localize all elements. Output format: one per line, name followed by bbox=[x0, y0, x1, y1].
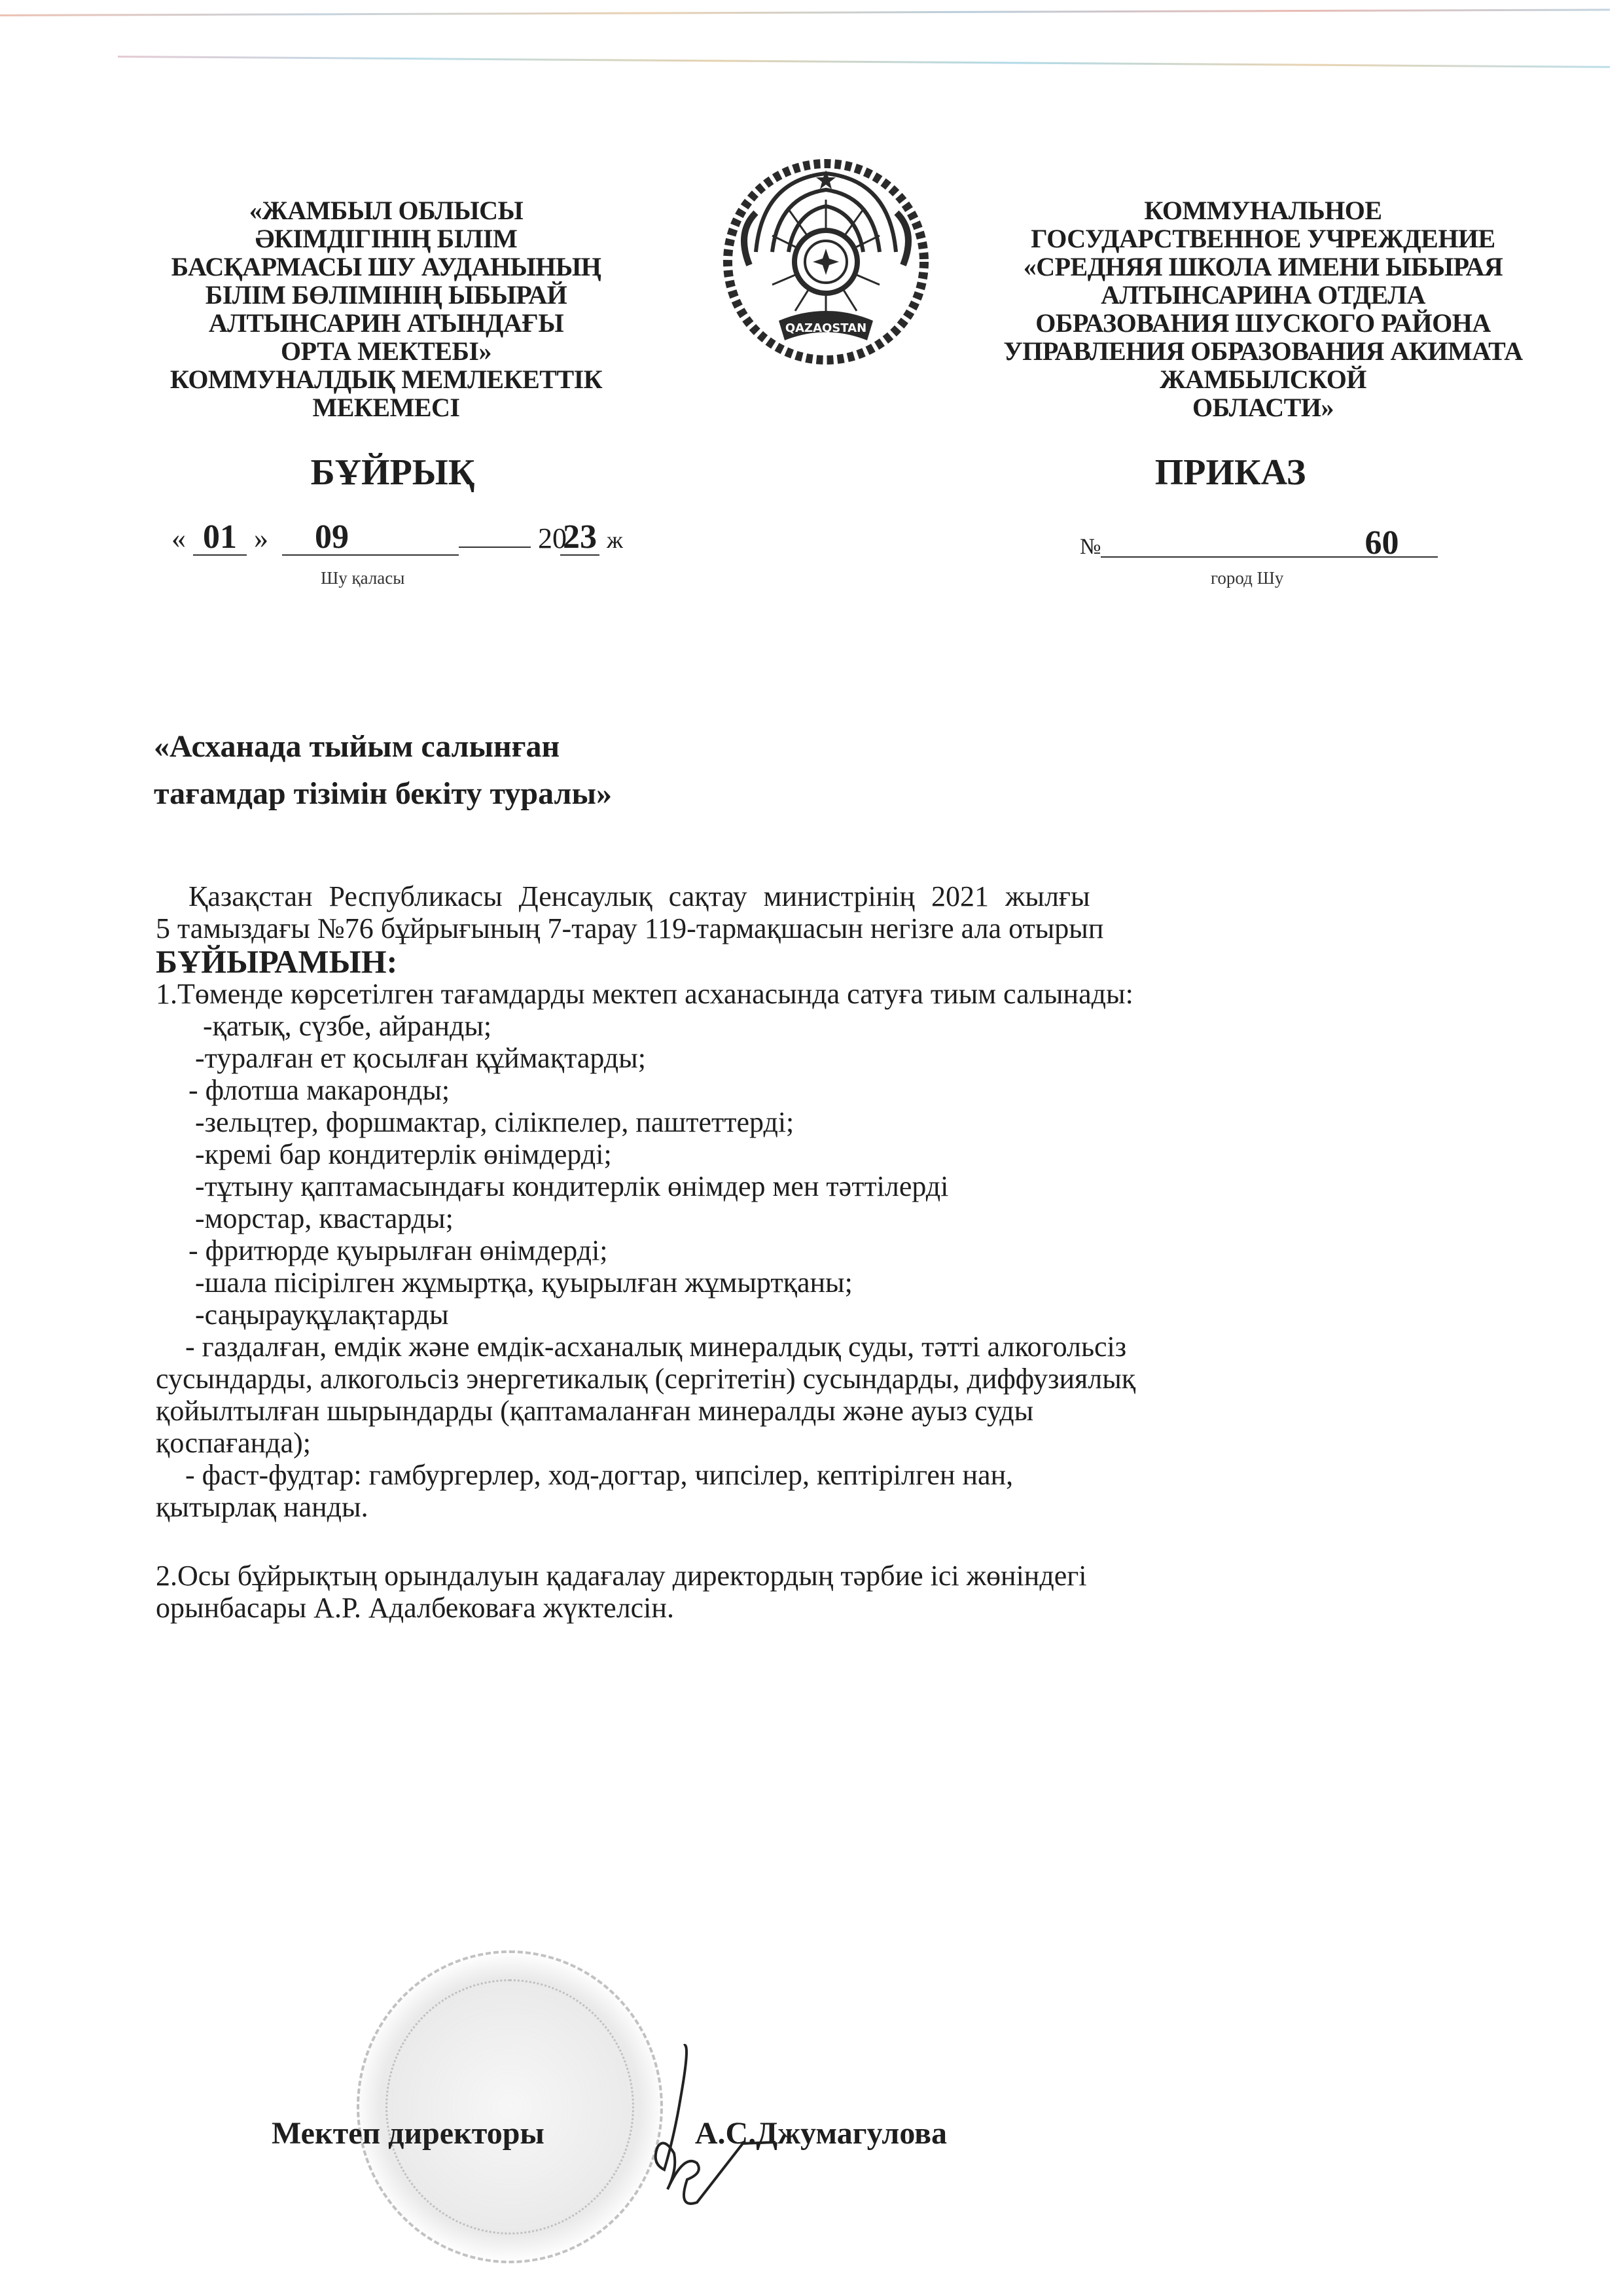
list-item-fastfood: - фаст-фудтар: гамбургерлер, ход-догтар,… bbox=[156, 1459, 1471, 1491]
number-value: 60 bbox=[1101, 530, 1438, 558]
header-ru-line: ЖАМБЫЛСКОЙ bbox=[1001, 365, 1525, 393]
subject-line: «Асханада тыйым салынған bbox=[154, 723, 612, 770]
header-kz-line: БАСҚАРМАСЫ ШУ АУДАНЫНЫҢ bbox=[151, 253, 622, 281]
header-ru-line: ГОСУДАРСТВЕННОЕ УЧРЕЖДЕНИЕ bbox=[1001, 224, 1525, 253]
scan-artifact-line bbox=[0, 9, 1610, 16]
scan-artifact-line bbox=[118, 56, 1610, 68]
list-item-drinks-cont: қоспағанда); bbox=[156, 1427, 1471, 1459]
header-ru-line: ОБЛАСТИ» bbox=[1001, 393, 1525, 422]
list-item: - флотша макаронды; bbox=[156, 1074, 1471, 1106]
signer-position: Мектеп директоры bbox=[272, 2116, 544, 2151]
list-item: -тұтыну қаптамасындағы кондитерлік өнімд… bbox=[156, 1170, 1471, 1202]
list-item: -қатық, сүзбе, айранды; bbox=[156, 1010, 1471, 1042]
subject-line: тағамдар тізімін бекіту туралы» bbox=[154, 770, 612, 817]
point-2: 2.Осы бұйрықтың орындалуын қадағалау дир… bbox=[156, 1560, 1471, 1592]
order-subject: «Асханада тыйым салынған тағамдар тізімі… bbox=[154, 723, 612, 817]
point-1: 1.Төменде көрсетілген тағамдарды мектеп … bbox=[156, 978, 1471, 1010]
number-label: № bbox=[1080, 535, 1101, 559]
preamble-line: 5 тамыздағы №76 бұйрығының 7-тарау 119-т… bbox=[156, 912, 1471, 944]
header-kz-line: МЕКЕМЕСІ bbox=[151, 393, 622, 422]
header-kz-line: КОММУНАЛДЫҚ МЕМЛЕКЕТТІК bbox=[151, 365, 622, 393]
header-kz-line: ОРТА МЕКТЕБІ» bbox=[151, 337, 622, 365]
point-2-cont: орынбасары А.Р. Адалбековаға жүктелсін. bbox=[156, 1592, 1471, 1624]
list-item: -туралған ет қосылған құймақтарды; bbox=[156, 1042, 1471, 1074]
date-close-quote: » bbox=[254, 522, 268, 554]
city-ru: город Шу bbox=[1211, 568, 1283, 588]
order-body: Қазақстан Республикасы Денсаулық сақтау … bbox=[156, 880, 1471, 1624]
header-institution-ru: КОММУНАЛЬНОЕ ГОСУДАРСТВЕННОЕ УЧРЕЖДЕНИЕ … bbox=[1001, 196, 1525, 422]
header-kz-line: БІЛІМ БӨЛІМІНІҢ ЫБЫРАЙ bbox=[151, 281, 622, 309]
kazakhstan-state-emblem-icon: QAZAQSTAN bbox=[710, 154, 942, 370]
list-item: -морстар, квастарды; bbox=[156, 1202, 1471, 1234]
header-institution-kz: «ЖАМБЫЛ ОБЛЫСЫ ӘКІМДІГІНІҢ БІЛІМ БАСҚАРМ… bbox=[151, 196, 622, 422]
list-item-drinks-cont: сусындарды, алкогольсіз энергетикалық (с… bbox=[156, 1363, 1471, 1395]
date-month: 09 bbox=[282, 520, 459, 556]
signer-name: А.С.Джумагулова bbox=[695, 2116, 947, 2151]
city-kz: Шу қаласы bbox=[321, 568, 404, 588]
date-year-suffix: 23 bbox=[560, 520, 599, 556]
list-item: -саңырауқұлақтарды bbox=[156, 1299, 1471, 1331]
order-word: БҰЙЫРАМЫН: bbox=[156, 946, 1471, 978]
date-open-quote: « bbox=[171, 522, 186, 554]
header-ru-line: ОБРАЗОВАНИЯ ШУСКОГО РАЙОНА bbox=[1001, 309, 1525, 337]
preamble-line: Қазақстан Республикасы Денсаулық сақтау … bbox=[156, 880, 1471, 912]
list-item: -кремі бар кондитерлік өнімдерді; bbox=[156, 1138, 1471, 1170]
header-kz-line: АЛТЫНСАРИН АТЫНДАҒЫ bbox=[151, 309, 622, 337]
order-title-ru: ПРИКАЗ bbox=[1113, 452, 1348, 493]
signature-block: Мектеп директорыА.С.Джумагулова bbox=[272, 2115, 947, 2151]
header-ru-line: КОММУНАЛЬНОЕ bbox=[1001, 196, 1525, 224]
header-ru-line: УПРАВЛЕНИЯ ОБРАЗОВАНИЯ АКИМАТА bbox=[1001, 337, 1525, 365]
list-item: -зельцтер, форшмактар, сілікпелер, паште… bbox=[156, 1106, 1471, 1138]
order-title-kz: БҰЙРЫҚ bbox=[275, 452, 510, 493]
list-item-drinks: - газдалған, емдік және емдік-асханалық … bbox=[156, 1331, 1471, 1363]
order-number: №60 bbox=[1080, 530, 1438, 560]
header-kz-line: ӘКІМДІГІНІҢ БІЛІМ bbox=[151, 224, 622, 253]
date-year-mark: ж bbox=[607, 527, 623, 553]
list-item: -шала пісірілген жұмыртқа, қуырылған жұм… bbox=[156, 1266, 1471, 1299]
header-ru-line: АЛТЫНСАРИНА ОТДЕЛА bbox=[1001, 281, 1525, 309]
list-item-fastfood-cont: қытырлақ нанды. bbox=[156, 1491, 1471, 1523]
header-ru-line: «СРЕДНЯЯ ШКОЛА ИМЕНИ ЫБЫРАЯ bbox=[1001, 253, 1525, 281]
list-item-drinks-cont: қойылтылған шырындарды (қаптамаланған ми… bbox=[156, 1395, 1471, 1427]
list-item: - фритюрде қуырылған өнімдерді; bbox=[156, 1234, 1471, 1266]
emblem-text: QAZAQSTAN bbox=[785, 321, 866, 335]
date-day: 01 bbox=[193, 520, 247, 556]
header-kz-line: «ЖАМБЫЛ ОБЛЫСЫ bbox=[151, 196, 622, 224]
order-date: « 01 » 09 2023 ж bbox=[171, 520, 623, 556]
